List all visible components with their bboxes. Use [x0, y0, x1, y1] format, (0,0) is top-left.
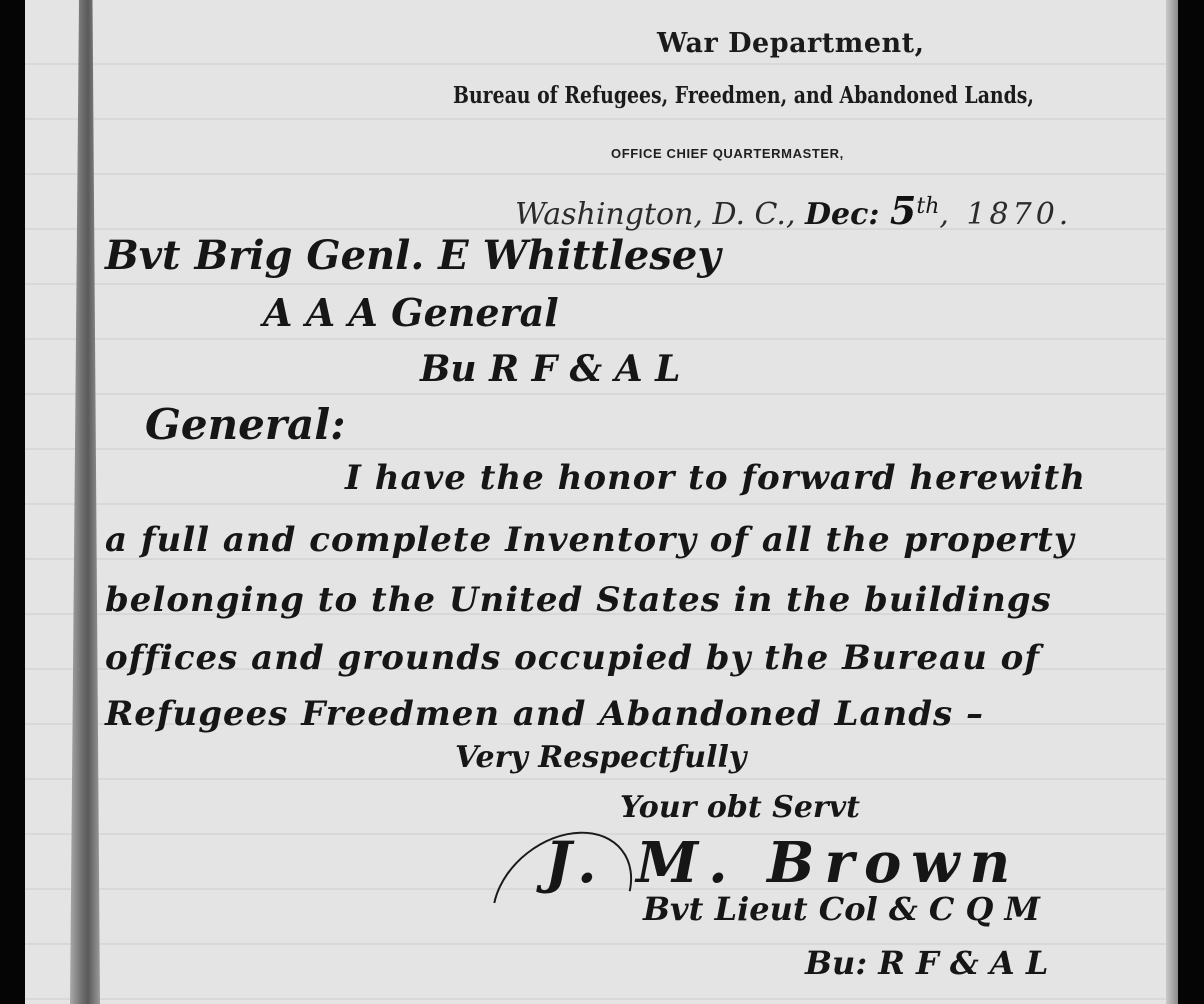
- signer-bureau: Bu: R F & A L: [805, 944, 1048, 982]
- letterhead-office: OFFICE CHIEF QUARTERMASTER,: [611, 146, 844, 161]
- body-line: offices and grounds occupied by the Bure…: [105, 638, 1040, 678]
- signature: J. M. Brown: [545, 830, 1020, 896]
- date-place: Washington, D. C.,: [515, 197, 805, 232]
- body-line: belonging to the United States in the bu…: [105, 580, 1052, 620]
- body-line: a full and complete Inventory of all the…: [105, 520, 1075, 560]
- date-year: , 1870.: [939, 197, 1072, 232]
- date-day: 5: [890, 188, 916, 233]
- addressee-bureau: Bu R F & A L: [420, 348, 681, 390]
- salutation: General:: [145, 400, 346, 449]
- dateline: Washington, D. C., Dec: 5th, 1870.: [515, 188, 1072, 233]
- date-day-suffix: th: [916, 194, 939, 219]
- letter-page: War Department, Bureau of Refugees, Free…: [25, 0, 1178, 1004]
- addressee-title: A A A General: [263, 290, 559, 335]
- valediction: Very Respectfully: [455, 740, 746, 775]
- addressee-name: Bvt Brig Genl. E Whittlesey: [105, 232, 721, 279]
- date-month: Dec:: [805, 197, 890, 232]
- body-line: Refugees Freedmen and Abandoned Lands –: [105, 694, 984, 734]
- page-edge: [1166, 0, 1178, 1004]
- letterhead-bureau: Bureau of Refugees, Freedmen, and Abando…: [453, 82, 1034, 109]
- letterhead-department: War Department,: [657, 28, 925, 59]
- binding-shadow: [70, 0, 100, 1004]
- signer-title: Bvt Lieut Col & C Q M: [643, 890, 1040, 928]
- body-line: I have the honor to forward herewith: [345, 458, 1086, 498]
- servant-line: Your obt Servt: [620, 790, 860, 825]
